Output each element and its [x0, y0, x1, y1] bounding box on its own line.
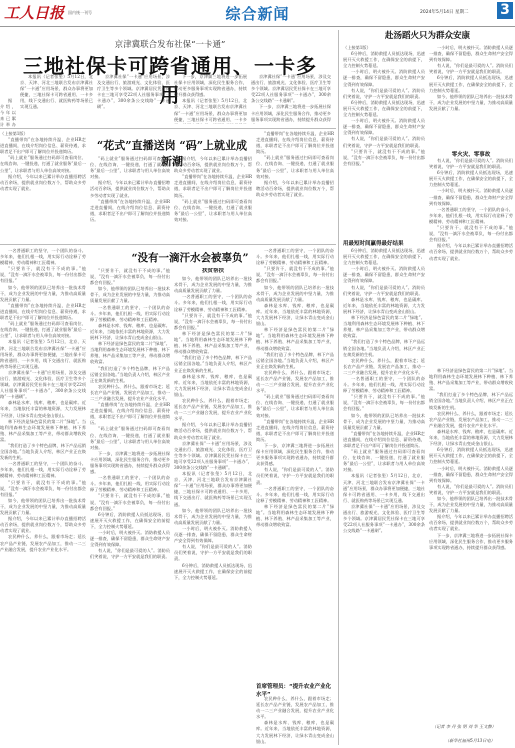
paragraph: 农民种什么、养什么，跟着市场走；延长农产品产业链，发展农产品加工，推动一二三产业… [256, 696, 334, 720]
huashi-column-2: “码上就业”服务通过扫码即可查看岗位、在线咨询、一键投递，打通了就业服务“最后一… [90, 156, 170, 243]
paragraph: 6分钟后，消防救援人员抵达现场，迅速展开灭火救援工作，在确保安全的前提下，全力控… [429, 447, 513, 465]
paragraph: “直播带岗”在各地持续升温，企业HR走进直播间，在线介绍岗位信息、薪资待遇，求职… [174, 174, 252, 198]
paragraph: “码上就业”服务通过扫码即可查看岗位、在线咨询、一键投递，打通了就业服务“最后一… [90, 156, 170, 180]
paragraph: 一小时后，明火被扑灭。消防救援人员逐一排查，确保不留隐患，群众生命财产安全得到有… [90, 530, 170, 548]
paragraph: 如今，他带领的团队已培养出一批技术骨干，成为企业发展的中坚力量，为推动高质量发展… [174, 276, 252, 294]
paragraph: 如今，他带领的团队已培养出一批技术骨干，成为企业发展的中坚力量，为推动高质量发展… [90, 286, 170, 304]
paragraph: “只要肯干，就没有干不成的事。”他说，“没有一滴汗水会被辜负，每一份付出都会有回… [343, 149, 425, 167]
paragraph: 一小时后，明火被扑灭。消防救援人员逐一排查，确保不留隐患，群众生命财产安全得到有… [343, 69, 425, 87]
paragraph: 农民种什么、养什么，跟着市场走；延长农产品产业链，发展农产品加工，推动一二三产业… [90, 384, 170, 402]
paragraph: 有人说，“你们是最可爱的人”。消防员们笑着说，守护一方平安就是我们的职责。 [343, 88, 425, 100]
paragraph: 森林是水库、钱库、粮库，也是碳库。近年来，当地依托丰富的林地资源，大力发展林下经… [256, 303, 334, 327]
paragraph: 据介绍，今年以来已累计举办直播招聘活动百余场，提供就业岗位数万个，帮助众多劳动者… [0, 516, 86, 534]
paragraph: 一名普通职工的坚守，一个团队的奋斗。多年来，他们扎根一线，用实际行动诠释了劳模精… [0, 248, 86, 266]
byline: （记者 李 丹 张 明 刘 华 王文静） [432, 724, 514, 730]
paragraph: 如今，他带领的团队已培养出一批技术骨干，成为企业发展的中坚力量，为推动高质量发展… [343, 413, 425, 431]
paragraph: 有人说，“你们是最可爱的人”。消防员们笑着说，守护一方平安就是我们的职责。 [174, 544, 252, 562]
right-subhead-1: 零火灾、零事故 [429, 150, 513, 158]
paragraph: 6分钟后，消防救援人员抵达现场，迅速展开灭火救援工作，在确保安全的前提下，全力控… [90, 512, 170, 530]
paragraph: 森林是水库、钱库、粮库，也是碳库。近年来，当地依托丰富的林地资源，大力发展林下经… [429, 429, 513, 447]
paragraph: 京津冀社保“一卡通”应用场景，涉及交通出行、旅游观光、文化体验、医疗卫生等多个领… [343, 504, 425, 534]
right-column-4: 林下经济是绿色富民的第二片“绿地”。当地利用森林生态环境发展林下种植、林下养殖、… [429, 368, 513, 708]
paragraph: 如今，他带领的团队已培养出一批技术骨干，成为企业发展的中坚力量，为推动高质量发展… [0, 285, 86, 303]
paragraph: 6分钟后，消防救援人员抵达现场，迅速展开灭火救援工作，在确保安全的前提下，全力控… [429, 170, 513, 188]
paragraph: “只要肯干，就没有干不成的事。”他说，“没有一滴汗水会被辜负，每一份付出都会有回… [90, 493, 170, 511]
column-divider [338, 30, 339, 745]
sweat-subhead: 扶贫帮扶 [174, 268, 252, 274]
lead-column-4: 京津冀社保“一卡通”应用场景，涉及交通出行、旅游观光、文化体验、医疗卫生等多个领… [251, 74, 331, 124]
huashi-column-3: 据介绍，今年以来已累计举办直播招聘活动百余场，提供就业岗位数万个，帮助众多劳动者… [174, 156, 252, 243]
right-column-2b: 有人说，“你们是最可爱的人”。消防员们笑着说，守护一方平安就是我们的职责。 6分… [429, 158, 513, 363]
paragraph: 据介绍，今年以来已累计举办直播招聘活动百余场，提供就业岗位数万个，帮助众多劳动者… [429, 514, 513, 532]
paragraph: 下一步，京津冀三地将进一步拓展社保卡应用领域，深化民生服务合作，推动更多服务事项… [251, 104, 331, 124]
paragraph: 一名普通职工的坚守，一个团队的奋斗。多年来，他们扎根一线，用实际行动诠释了劳模精… [256, 486, 334, 504]
paragraph: “直播带岗”在各地持续升温，企业HR走进直播间，在线介绍岗位信息、薪资待遇，求职… [90, 199, 170, 223]
paragraph: 有人说，“你们是最可爱的人”。消防员们笑着说，守护一方平安就是我们的职责。 [429, 484, 513, 496]
paragraph: 如今，他带领的团队已培养出一批技术骨干，成为企业发展的中坚力量，为推动高质量发展… [429, 496, 513, 514]
paragraph: 本报讯（记者张玺）5月12日，北京、天津、河北三地联合发布京津冀社保“一卡通”应… [20, 74, 93, 111]
paragraph: 一小时后，明火被扑灭。消防救援人员逐一排查，确保不留隐患，群众生命财产安全得到有… [429, 45, 513, 63]
left-edge-column: 据介绍，今年以来已累计举办直播招聘活动百余场，提供就业岗位数万个，帮助众多劳动者… [0, 98, 16, 128]
paragraph: 6分钟后，消防救援人员抵达现场，迅速展开灭火救援工作，在确保安全的前提下，全力控… [174, 563, 252, 581]
paragraph: 据介绍，今年以来已累计举办直播招聘活动百余场，提供就业岗位数万个，帮助众多劳动者… [0, 98, 16, 128]
divider [0, 244, 336, 245]
paragraph: “码上就业”服务通过扫码即可查看岗位、在线咨询、一键投递，打通了就业服务“最后一… [0, 155, 86, 173]
paragraph: 一名普通职工的坚守，一个团队的奋斗。多年来，他们扎根一线，用实际行动诠释了劳模精… [343, 376, 425, 394]
paragraph: 一名普通职工的坚守，一个团队的奋斗。多年来，他们扎根一线，用实际行动诠释了劳模精… [174, 294, 252, 312]
paragraph: “我们打造了多个特色品牌，林下产品远销全国各地。”当地负责人介绍，林区产业正在焕… [174, 355, 252, 373]
paragraph: 农民种什么、养什么，跟着市场走；延长农产品产业链，发展农产品加工，推动一二三产业… [256, 370, 334, 394]
paragraph: 林下经济是绿色富民的第二片“绿地”。当地利用森林生态环境发展林下种植、林下养殖、… [0, 419, 86, 443]
paragraph: 本报讯（记者张玺）5月12日，北京、天津、河北三地联合发布京津冀社保“一卡通”应… [0, 339, 86, 369]
paragraph: “直播带岗”在各地持续升温，企业HR走进直播间，在线介绍岗位信息、薪资待遇，求职… [343, 431, 425, 449]
paragraph: 6分钟后，消防救援人员抵达现场，迅速展开灭火救援工作，在确保安全的前提下，全力控… [343, 51, 425, 69]
source-line: （新华社福州5月13日电） [445, 738, 515, 744]
page-number-badge: 3 [497, 2, 513, 19]
paragraph: 林下经济是绿色富民的第二片“绿地”。当地利用森林生态环境发展林下种植、林下养殖、… [429, 368, 513, 392]
right-column-1: （上接第1版） 6分钟后，消防救援人员抵达现场，迅速展开灭火救援工作，在确保安全… [343, 45, 425, 225]
paragraph: 农民种什么、养什么，跟着市场走；延长农产品产业链，发展农产品加工，推动一二三产业… [429, 411, 513, 429]
paragraph: 据介绍，今年以来已累计举办直播招聘活动百余场，提供就业岗位数万个，帮助众多劳动者… [90, 180, 170, 198]
paragraph: “码上就业”服务通过扫码即可查看岗位、在线咨询、一键投递，打通了就业服务“最后一… [256, 155, 334, 179]
paragraph: 据介绍，今年以来已累计举办直播招聘活动百余场，提供就业岗位数万个，帮助众多劳动者… [174, 156, 252, 174]
sweat-column-4: 一名普通职工的坚守，一个团队的奋斗。多年来，他们扎根一线，用实际行动诠释了劳模精… [256, 248, 334, 678]
paragraph: 本报讯（记者张玺）5月12日，北京、天津、河北三地联合发布京津冀社保“一卡通”应… [343, 473, 425, 503]
paragraph: 林下经济是绿色富民的第二片“绿地”。当地利用森林生态环境发展林下种植、林下养殖、… [256, 504, 334, 528]
paragraph: “我们打造了多个特色品牌，林下产品远销全国各地。”当地负责人介绍，林区产业正在焕… [0, 443, 86, 461]
paragraph: 一名普通职工的坚守，一个团队的奋斗。多年来，他们扎根一线，用实际行动诠释了劳模精… [429, 207, 513, 225]
paragraph: 一名普通职工的坚守，一个团队的奋斗。多年来，他们扎根一线，用实际行动诠释了劳模精… [256, 248, 334, 266]
paragraph: “我们打造了多个特色品牌，林下产品远销全国各地。”当地负责人介绍，林区产业正在焕… [256, 352, 334, 370]
sweat-headline: “没有一滴汗水会被辜负” [120, 250, 260, 265]
paragraph: 6分钟后，消防救援人员抵达现场，迅速展开灭火救援工作，在确保安全的前提下，全力控… [343, 248, 425, 266]
paragraph: 森林是水库、钱库、粮库，也是碳库。近年来，当地依托丰富的林地资源，大力发展林下经… [343, 297, 425, 315]
paragraph: “直播带岗”在各地持续升温，企业HR走进直播间，在线介绍岗位信息、薪资待遇，求职… [0, 303, 86, 321]
paragraph: 本报讯（记者张玺）5月12日，北京、天津、河北三地联合发布京津冀社保“一卡通”应… [174, 471, 252, 508]
paragraph: “直播带岗”在各地持续升温，企业HR走进直播间，在线介绍岗位信息、薪资待遇，求职… [0, 137, 86, 155]
paragraph: 京津冀社保“一卡通”应用场景，涉及交通出行、旅游观光、文化体验、医疗卫生等多个领… [0, 370, 86, 400]
paragraph: 一小时后，明火被扑灭。消防救援人员逐一排查，确保不留隐患，群众生命财产安全得到有… [429, 466, 513, 484]
paragraph: “只要肯干，就没有干不成的事。”他说，“没有一滴汗水会被辜负，每一份付出都会有回… [90, 268, 170, 286]
sweat-column-3: 扶贫帮扶 如今，他带领的团队已培养出一批技术骨干，成为企业发展的中坚力量，为推动… [174, 268, 252, 738]
paragraph: “码上就业”服务通过扫码即可查看岗位、在线咨询、一键投递，打通了就业服务“最后一… [343, 449, 425, 473]
paragraph: “只要肯干，就没有干不成的事。”他说，“没有一滴汗水会被辜负，每一份付出都会有回… [0, 266, 86, 284]
lead-column-1: 本报讯（记者张玺）5月12日，北京、天津、河北三地联合发布京津冀社保“一卡通”应… [20, 74, 93, 124]
right-column-2: 一小时后，明火被扑灭。消防救援人员逐一排查，确保不留隐患，群众生命财产安全得到有… [429, 45, 513, 147]
lead-kicker: 京津冀联合发布社保“一卡通” [90, 38, 250, 50]
paragraph: 京津冀社保“一卡通”应用场景，涉及交通出行、旅游观光、文化体验、医疗卫生等多个领… [251, 74, 331, 104]
paragraph: “只要肯干，就没有干不成的事。”他说，“没有一滴汗水会被辜负，每一份付出都会有回… [343, 394, 425, 412]
right-column-3: 6分钟后，消防救援人员抵达现场，迅速展开灭火救援工作，在确保安全的前提下，全力控… [343, 248, 425, 748]
paragraph: “码上就业”服务通过扫码即可查看岗位、在线咨询、一键投递，打通了就业服务“最后一… [90, 426, 170, 450]
paragraph: 一小时后，明火被扑灭。消防救援人员逐一排查，确保不留隐患，群众生命财产安全得到有… [429, 188, 513, 206]
paragraph: 有人说，“你们是最可爱的人”。消防员们笑着说，守护一方平安就是我们的职责。 [429, 63, 513, 75]
paragraph: 有人说，“你们是最可爱的人”。消防员们笑着说，守护一方平安就是我们的职责。 [343, 285, 425, 297]
paragraph: “我们打造了多个特色品牌，林下产品远销全国各地。”当地负责人介绍，林区产业正在焕… [429, 392, 513, 410]
paragraph: 如今，他带领的团队已培养出一批技术骨干，成为企业发展的中坚力量，为推动高质量发展… [256, 285, 334, 303]
paragraph: 下一步，京津冀三地将进一步拓展社保卡应用领域，深化民生服务合作，推动更多服务事项… [429, 533, 513, 551]
paragraph: 农民种什么、养什么，跟着市场走；延长农产品产业链，发展农产品加工，推动一二三产业… [0, 534, 86, 552]
sweat-column-2: “只要肯干，就没有干不成的事。”他说，“没有一滴汗水会被辜负，每一份付出都会有回… [90, 268, 170, 738]
paragraph: 据介绍，今年以来已累计举办直播招聘活动百余场，提供就业岗位数万个，帮助众多劳动者… [256, 180, 334, 198]
paragraph: 农民种什么、养什么，跟着市场走；延长农产品产业链，发展农产品加工，推动一二三产业… [343, 358, 425, 376]
right-headline: 赴汤蹈火只为群众安康 [345, 29, 510, 41]
paragraph: 如今，他带领的团队已培养出一批技术骨干，成为企业发展的中坚力量，为推动高质量发展… [429, 94, 513, 112]
paragraph: 下一步，京津冀三地将进一步拓展社保卡应用领域，深化民生服务合作，推动更多服务事项… [256, 443, 334, 467]
paragraph: 林下经济是绿色富民的第二片“绿地”。当地利用森林生态环境发展林下种植、林下养殖、… [90, 341, 170, 365]
paragraph: 森林是水库、钱库、粮库，也是碳库。近年来，当地依托丰富的林地资源，大力发展林下经… [0, 400, 86, 418]
paragraph: “只要肯干，就没有干不成的事。”他说，“没有一滴汗水会被辜负，每一份付出都会有回… [256, 266, 334, 284]
issue-date: 2024年5月14日 星期二 [420, 9, 468, 15]
paragraph: “码上就业”服务通过扫码即可查看岗位、在线咨询、一键投递，打通了就业服务“最后一… [0, 321, 86, 339]
paragraph: “直播带岗”在各地持续升温，企业HR走进直播间，在线介绍岗位信息、薪资待遇，求职… [256, 131, 334, 155]
paragraph: 森林是水库、钱库、粮库，也是碳库。近年来，当地依托丰富的林地资源，大力发展林下经… [174, 374, 252, 398]
paragraph: 林下经济是绿色富民的第二片“绿地”。当地利用森林生态环境发展林下种植、林下养殖、… [256, 327, 334, 351]
paragraph: 一名普通职工的坚守，一个团队的奋斗。多年来，他们扎根一线，用实际行动诠释了劳模精… [90, 475, 170, 493]
paragraph: 下一步，京津冀三地将进一步拓展社保卡应用领域，深化民生服务合作，推动更多服务事项… [174, 74, 247, 98]
paragraph: “只要肯干，就没有干不成的事。”他说，“没有一滴汗水会被辜负，每一份付出都会有回… [0, 480, 86, 498]
paragraph: “我们打造了多个特色品牌，林下产品远销全国各地。”当地负责人介绍，林区产业正在焕… [343, 339, 425, 357]
paragraph: 如今，他带领的团队已培养出一批技术骨干，成为企业发展的中坚力量，为推动高质量发展… [0, 498, 86, 516]
paragraph: 有人说，“你们是最可爱的人”。消防员们笑着说，守护一方平安就是我们的职责。 [429, 158, 513, 170]
masthead: 工人日报 国内统一刊号 综合新闻 2024年5月14日 星期二 3 [0, 0, 515, 27]
sweat-column-1: 一名普通职工的坚守，一个团队的奋斗。多年来，他们扎根一线，用实际行动诠释了劳模精… [0, 248, 86, 698]
paragraph: “我们打造了多个特色品牌，林下产品远销全国各地。”当地负责人介绍，林区产业正在焕… [90, 366, 170, 384]
paragraph: 一小时后，明火被扑灭。消防救援人员逐一排查，确保不留隐患，群众生命财产安全得到有… [174, 526, 252, 544]
huashi-column-1: （上接第1版） “直播带岗”在各地持续升温，企业HR走进直播间，在线介绍岗位信息… [0, 131, 86, 243]
paragraph: 森林是水库、钱库、粮库，也是碳库。近年来，当地依托丰富的林地资源，大力发展林下经… [90, 323, 170, 341]
paragraph: 森林是水库、钱库、粮库，也是碳库。近年来，当地依托丰富的林地资源，大力发展林下经… [256, 720, 334, 744]
paragraph: 农民种什么、养什么，跟着市场走；延长农产品产业链，发展农产品加工，推动一二三产业… [174, 398, 252, 422]
paragraph: 京津冀社保“一卡通”应用场景，涉及交通出行、旅游观光、文化体验、医疗卫生等多个领… [97, 74, 170, 111]
paragraph: “码上就业”服务通过扫码即可查看岗位、在线咨询、一键投递，打通了就业服务“最后一… [256, 394, 334, 418]
paragraph: “码上就业”服务通过扫码即可查看岗位、在线咨询、一键投递，打通了就业服务“最后一… [174, 199, 252, 223]
paragraph: 6分钟后，消防救援人员抵达现场，迅速展开灭火救援工作，在确保安全的前提下，全力控… [343, 100, 425, 118]
paragraph: 下一步，京津冀三地将进一步拓展社保卡应用领域，深化民生服务合作，推动更多服务事项… [90, 451, 170, 475]
paragraph: “直播带岗”在各地持续升温，企业HR走进直播间，在线介绍岗位信息、薪资待遇，求职… [90, 402, 170, 426]
paragraph: 一名普通职工的坚守，一个团队的奋斗。多年来，他们扎根一线，用实际行动诠释了劳模精… [0, 461, 86, 479]
paragraph: 本报讯（记者张玺）5月12日，北京、天津、河北三地联合发布京津冀社保“一卡通”应… [174, 98, 247, 124]
right-subhead-2: 用最短时间赢得最好结果 [343, 239, 425, 247]
divider [0, 128, 336, 129]
paragraph: 如今，他带领的团队已培养出一批技术骨干，成为企业发展的中坚力量，为推动高质量发展… [174, 508, 252, 526]
paragraph: 林下经济是绿色富民的第二片“绿地”。当地利用森林生态环境发展林下种植、林下养殖、… [174, 331, 252, 355]
paragraph: “直播带岗”在各地持续升温，企业HR走进直播间，在线介绍岗位信息、薪资待遇，求职… [256, 419, 334, 443]
lead-column-3: 下一步，京津冀三地将进一步拓展社保卡应用领域，深化民生服务合作，推动更多服务事项… [174, 74, 247, 124]
paragraph: 林下经济是绿色富民的第二片“绿地”。当地利用森林生态环境发展林下种植、林下养殖、… [343, 315, 425, 339]
paragraph: 据介绍，今年以来已累计举办直播招聘活动百余场，提供就业岗位数万个，帮助众多劳动者… [174, 422, 252, 440]
lower-column-end: 农民种什么、养什么，跟着市场走；延长农产品产业链，发展农产品加工，推动一二三产业… [256, 696, 334, 746]
paragraph: 有人说，“你们是最可爱的人”。消防员们笑着说，守护一方平安就是我们的职责。 [256, 467, 334, 485]
paragraph: 有人说，“你们是最可爱的人”。消防员们笑着说，守护一方平安就是我们的职责。 [90, 548, 170, 560]
paragraph: 一小时后，明火被扑灭。消防救援人员逐一排查，确保不留隐患，群众生命财产安全得到有… [343, 118, 425, 136]
paragraph: 据介绍，今年以来已累计举办直播招聘活动百余场，提供就业岗位数万个，帮助众多劳动者… [0, 174, 86, 192]
paragraph: 京津冀社保“一卡通”应用场景，涉及交通出行、旅游观光、文化体验、医疗卫生等多个领… [174, 441, 252, 471]
paragraph: 一小时后，明火被扑灭。消防救援人员逐一排查，确保不留隐患，群众生命财产安全得到有… [343, 266, 425, 284]
paragraph: 据介绍，今年以来已累计举办直播招聘活动百余场，提供就业岗位数万个，帮助众多劳动者… [429, 243, 513, 261]
paragraph: 一名普通职工的坚守，一个团队的奋斗。多年来，他们扎根一线，用实际行动诠释了劳模精… [90, 305, 170, 323]
huashi-column-4: “直播带岗”在各地持续升温，企业HR走进直播间，在线介绍岗位信息、薪资待遇，求职… [256, 131, 334, 243]
paragraph: “只要肯干，就没有干不成的事。”他说，“没有一滴汗水会被辜负，每一份付出都会有回… [174, 313, 252, 331]
paragraph: 6分钟后，消防救援人员抵达现场，迅速展开灭火救援工作，在确保安全的前提下，全力控… [429, 75, 513, 93]
paragraph: 有人说，“你们是最可爱的人”。消防员们笑着说，守护一方平安就是我们的职责。 [343, 136, 425, 148]
paragraph: “只要肯干，就没有干不成的事。”他说，“没有一滴汗水会被辜负，每一份付出都会有回… [429, 225, 513, 243]
lead-column-2: 京津冀社保“一卡通”应用场景，涉及交通出行、旅游观光、文化体验、医疗卫生等多个领… [97, 74, 170, 124]
